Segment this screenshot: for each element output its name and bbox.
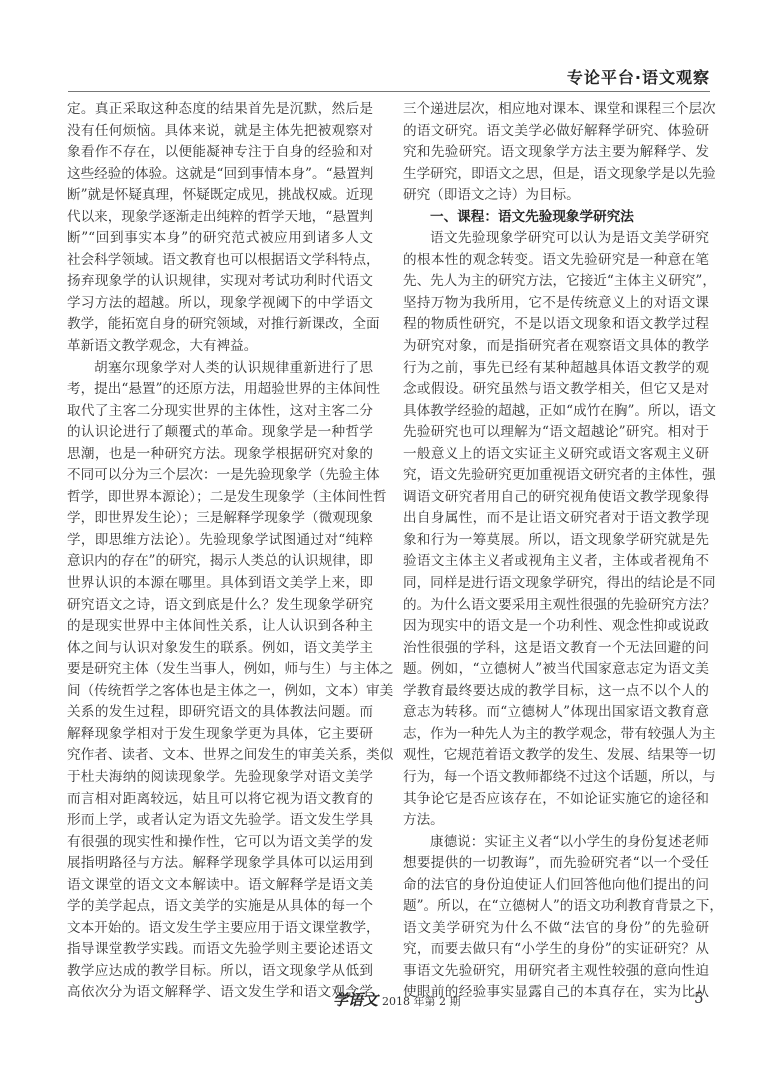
text-line: 一般意义上的语文实证主义研究或语文客观主义研 <box>403 444 709 466</box>
text-line: 要是研究主体（发生当事人，例如，师与生）与主体之 <box>67 659 373 681</box>
text-line: 先验研究也可以理解为“语文超越论”研究。相对于 <box>403 422 709 444</box>
text-line: 为研究对象，而是指研究者在观察语文具体的教学 <box>403 336 709 358</box>
text-line: 事语文先验研究，用研究者主观性较强的意向性迫 <box>403 961 709 983</box>
text-line: 治性很强的学科，这是语文教育一个无法回避的问 <box>403 638 709 660</box>
text-line: 方法。 <box>403 810 709 832</box>
text-line: 语文先验现象学研究可以认为是语文美学研究 <box>403 228 709 250</box>
page-footer: 学语文 2018 年第 2 期 5 <box>0 989 774 1009</box>
text-line: 坚持万物为我所用，它不是传统意义上的对语文课 <box>403 293 709 315</box>
text-line: 而言相对距离较远，姑且可以将它视为语文教育的 <box>67 789 373 811</box>
text-line: 考，提出“悬置”的还原方法，用超验世界的主体间性 <box>67 379 373 401</box>
page-number: 5 <box>694 989 704 1007</box>
text-line: 指导课堂教学实践。而语文先验学则主要论述语文 <box>67 939 373 961</box>
text-line: 观性，它规范着语文教学的发生、发展、结果等一切 <box>403 745 709 767</box>
text-line: 命的法官的身份迫使证人们回答他向他们提出的问 <box>403 875 709 897</box>
text-line: 象看作不存在，以便能凝神专注于自身的经验和对 <box>67 142 373 164</box>
section-heading: 一、课程：语文先验现象学研究法 <box>403 207 709 229</box>
text-line: 语文课堂的语文文本解读中。语文解释学是语文美 <box>67 875 373 897</box>
text-line: 学习方法的超越。所以，现象学视阈下的中学语文 <box>67 293 373 315</box>
text-line: 因为现实中的语文是一个功利性、观念性抑或说政 <box>403 616 709 638</box>
text-line: 定。真正采取这种态度的结果首先是沉默，然后是 <box>67 99 373 121</box>
text-line: 体之间与认识对象发生的联系。例如，语文美学主 <box>67 638 373 660</box>
text-line: 的。为什么语文要采用主观性很强的先验研究方法？ <box>403 595 709 617</box>
text-line: 的语文研究。语文美学必做好解释学研究、体验研 <box>403 121 709 143</box>
text-line: 不同可以分为三个层次：一是先验现象学（先验主体 <box>67 465 373 487</box>
text-line: 意识内的存在”的研究，揭示人类总的认识规律，即 <box>67 551 373 573</box>
text-line: 取代了主客二分现实世界的主体性，这对主客二分 <box>67 401 373 423</box>
text-line: 学，即世界发生论）；三是解释学现象学（微观现象 <box>67 508 373 530</box>
text-line: 具体教学经验的超越，正如“成竹在胸”。所以，语文 <box>403 401 709 423</box>
text-line: 研究语文之诗，语文到底是什么？发生现象学研究 <box>67 595 373 617</box>
text-line: 究，语文先验研究更加重视语文研究者的主体性，强 <box>403 465 709 487</box>
text-line: 代以来，现象学逐渐走出纯粹的哲学天地，“悬置判 <box>67 207 373 229</box>
text-line: 题”。所以，在“立德树人”的语文功利教育背景之下， <box>403 896 709 918</box>
running-header: 专论平台·语文观察 <box>68 64 710 92</box>
text-line: 志，作为一种先人为主的教学观念，带有较强人为主 <box>403 724 709 746</box>
text-line: 胡塞尔现象学对人类的认识规律重新进行了思 <box>67 358 373 380</box>
text-line: 革新语文教学观念，大有裨益。 <box>67 336 373 358</box>
text-line: 展指明路径与方法。解释学现象学具体可以运用到 <box>67 853 373 875</box>
text-line: 没有任何烦恼。具体来说，就是主体先把被观察对 <box>67 121 373 143</box>
text-line: 究作者、读者、文本、世界之间发生的审美关系，类似 <box>67 745 373 767</box>
text-line: 调语文研究者用自己的研究视角使语文教学现象得 <box>403 487 709 509</box>
text-line: 题。例如，“立德树人”被当代国家意志定为语文美 <box>403 659 709 681</box>
text-line: 程的物质性研究，不是以语文现象和语文教学过程 <box>403 314 709 336</box>
issue-label: 2018 年第 2 期 <box>382 993 460 1009</box>
text-line: 哲学，即世界本源论）；二是发生现象学（主体间性哲 <box>67 487 373 509</box>
text-line: 同，同样是进行语文现象学研究，得出的结论是不同 <box>403 573 709 595</box>
text-line: 学的美学起点，语文美学的实施是从具体的每一个 <box>67 896 373 918</box>
text-line: 有很强的现实性和操作性，它可以为语文美学的发 <box>67 832 373 854</box>
text-line: 扬弃现象学的认识规律，实现对考试功利时代语文 <box>67 271 373 293</box>
text-line: 三个递进层次，相应地对课本、课堂和课程三个层次 <box>403 99 709 121</box>
text-line: 意志为转移。而“立德树人”体现出国家语文教育意 <box>403 702 709 724</box>
text-line: 念或假设。研究虽然与语文教学相关，但它又是对 <box>403 379 709 401</box>
left-column: 定。真正采取这种态度的结果首先是沉默，然后是没有任何烦恼。具体来说，就是主体先把… <box>67 99 373 1004</box>
text-line: 语文美学研究为什么不做“法官的身份”的先验研 <box>403 918 709 940</box>
text-line: 关系的发生过程，即研究语文的具体教法问题。而 <box>67 702 373 724</box>
text-line: 先、先人为主的研究方法，它接近“主体主义研究”， <box>403 271 709 293</box>
text-line: 世界认识的本源在哪里。具体到语文美学上来，即 <box>67 573 373 595</box>
text-line: 行为之前，事先已经有某种超越具体语文教学的观 <box>403 358 709 380</box>
text-line: 究和先验研究。语文现象学方法主要为解释学、发 <box>403 142 709 164</box>
text-line: 学教育最终要达成的教学目标，这一点不以个人的 <box>403 681 709 703</box>
text-line: 文本开始的。语文发生学主要应用于语文课堂教学， <box>67 918 373 940</box>
text-line: 生学研究，即语文之思，但是，语文现象学是以先验 <box>403 164 709 186</box>
text-line: 间（传统哲学之客体也是主体之一，例如，文本）审美 <box>67 681 373 703</box>
text-line: 出自身属性，而不是让语文研究者对于语文教学现 <box>403 508 709 530</box>
text-line: 康德说：实证主义者“以小学生的身份复述老师 <box>403 832 709 854</box>
text-line: 想要提供的一切教诲”，而先验研究者“以一个受任 <box>403 853 709 875</box>
journal-name: 学语文 <box>333 989 378 1010</box>
text-line: 的认识论进行了颠覆式的革命。现象学是一种哲学 <box>67 422 373 444</box>
text-line: 究，而要去做只有“小学生的身份”的实证研究？从 <box>403 939 709 961</box>
text-line: 验语文主体主义者或视角主义者，主体或者视角不 <box>403 551 709 573</box>
text-line: 形而上学，或者认定为语文先验学。语文发生学具 <box>67 810 373 832</box>
right-column: 三个递进层次，相应地对课本、课堂和课程三个层次的语文研究。语文美学必做好解释学研… <box>403 99 709 1004</box>
text-line: 行为，每一个语文教师都绕不过这个话题，所以，与 <box>403 767 709 789</box>
text-line: 断”“回到事实本身”的研究范式被应用到诸多人文 <box>67 228 373 250</box>
text-line: 断”就是怀疑真理，怀疑既定成见，挑战权威。近现 <box>67 185 373 207</box>
text-line: 的是现实世界中主体间性关系，让人认识到各种主 <box>67 616 373 638</box>
text-line: 社会科学领域。语文教育也可以根据语文学科特点， <box>67 250 373 272</box>
text-line: 的根本性的观念转变。语文先验研究是一种意在笔 <box>403 250 709 272</box>
text-line: 其争论它是否应该存在，不如论证实施它的途径和 <box>403 789 709 811</box>
text-line: 象和行为一筹莫展。所以，语文现象学研究就是先 <box>403 530 709 552</box>
text-line: 这些经验的体验。这就是“回到事情本身”。“悬置判 <box>67 164 373 186</box>
text-line: 教学，能拓宽自身的研究领域，对推行新课改，全面 <box>67 314 373 336</box>
text-line: 教学应达成的教学目标。所以，语文现象学从低到 <box>67 961 373 983</box>
text-line: 学，即思维方法论）。先验现象学试图通过对“纯粹 <box>67 530 373 552</box>
text-line: 思潮，也是一种研究方法。现象学根据研究对象的 <box>67 444 373 466</box>
text-line: 研究（即语文之诗）为目标。 <box>403 185 709 207</box>
text-line: 于杜夫海纳的阅读现象学。先验现象学对语文美学 <box>67 767 373 789</box>
section-title: 专论平台·语文观察 <box>567 65 710 88</box>
text-line: 解释现象学相对于发生现象学更为具体，它主要研 <box>67 724 373 746</box>
